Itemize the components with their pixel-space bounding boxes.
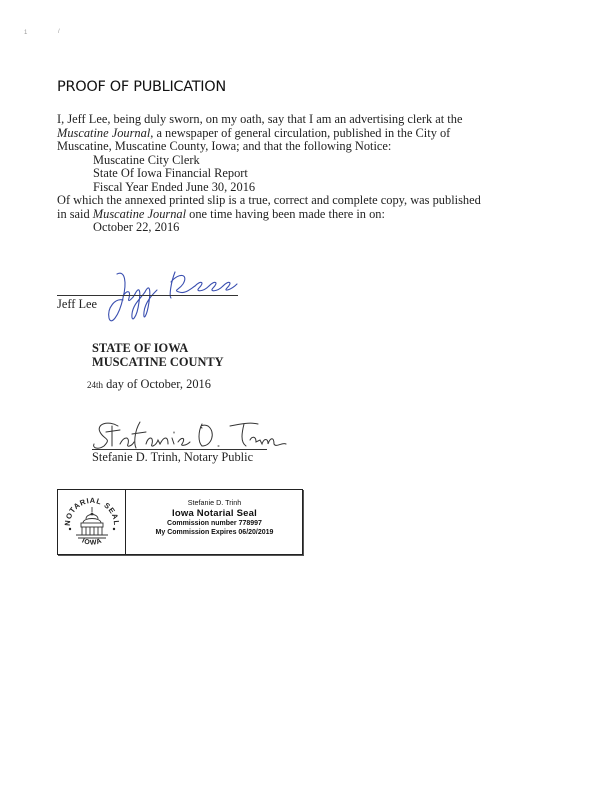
newspaper-name: Muscatine Journal [57,126,150,140]
notice-item: Fiscal Year Ended June 30, 2016 [57,181,527,195]
document-title: PROOF OF PUBLICATION [57,79,226,95]
seal-commission-expires: My Commission Expires 06/20/2019 [127,528,302,537]
notice-item: Muscatine City Clerk [57,154,527,168]
jurisdiction: STATE OF IOWA MUSCATINE COUNTY [92,342,224,369]
seal-text: Stefanie D. Trinh Iowa Notarial Seal Com… [127,498,302,537]
svg-text:IOWA: IOWA [81,537,104,546]
signer-signature [105,268,245,330]
notarial-seal-stamp: NOTARIAL SEAL IOWA Stefanie D. Trinh Iow… [57,489,303,555]
affidavit-line: in said Muscatine Journal one time havin… [57,208,527,222]
notice-item: State Of Iowa Financial Report [57,167,527,181]
jurisdiction-state: STATE OF IOWA [92,342,224,356]
notarial-seal-emblem-icon: NOTARIAL SEAL IOWA [62,493,122,551]
page-mark: 1 [24,30,27,36]
notary-signature [90,418,290,452]
page-mark: / [58,29,60,35]
affidavit-line: I, Jeff Lee, being duly sworn, on my oat… [57,113,527,127]
newspaper-name: Muscatine Journal [93,207,186,221]
jurisdiction-county: MUSCATINE COUNTY [92,356,224,370]
affidavit-paragraph: I, Jeff Lee, being duly sworn, on my oat… [57,113,527,235]
document-page: 1 / PROOF OF PUBLICATION I, Jeff Lee, be… [0,0,615,800]
signer-signature-line [57,295,238,296]
seal-commission-number: Commission number 778997 [127,519,302,528]
signer-name: Jeff Lee [57,298,97,312]
affidavit-line: Muscatine, Muscatine County, Iowa; and t… [57,140,527,154]
publication-date: October 22, 2016 [57,221,527,235]
affidavit-line: Muscatine Journal, a newspaper of genera… [57,127,527,141]
seal-title: Iowa Notarial Seal [127,508,302,519]
affidavit-line: Of which the annexed printed slip is a t… [57,194,527,208]
seal-notary-name: Stefanie D. Trinh [127,498,302,508]
sworn-date: 24th day of October, 2016 [87,378,211,393]
notary-name: Stefanie D. Trinh, Notary Public [92,451,253,465]
seal-divider [125,490,126,554]
